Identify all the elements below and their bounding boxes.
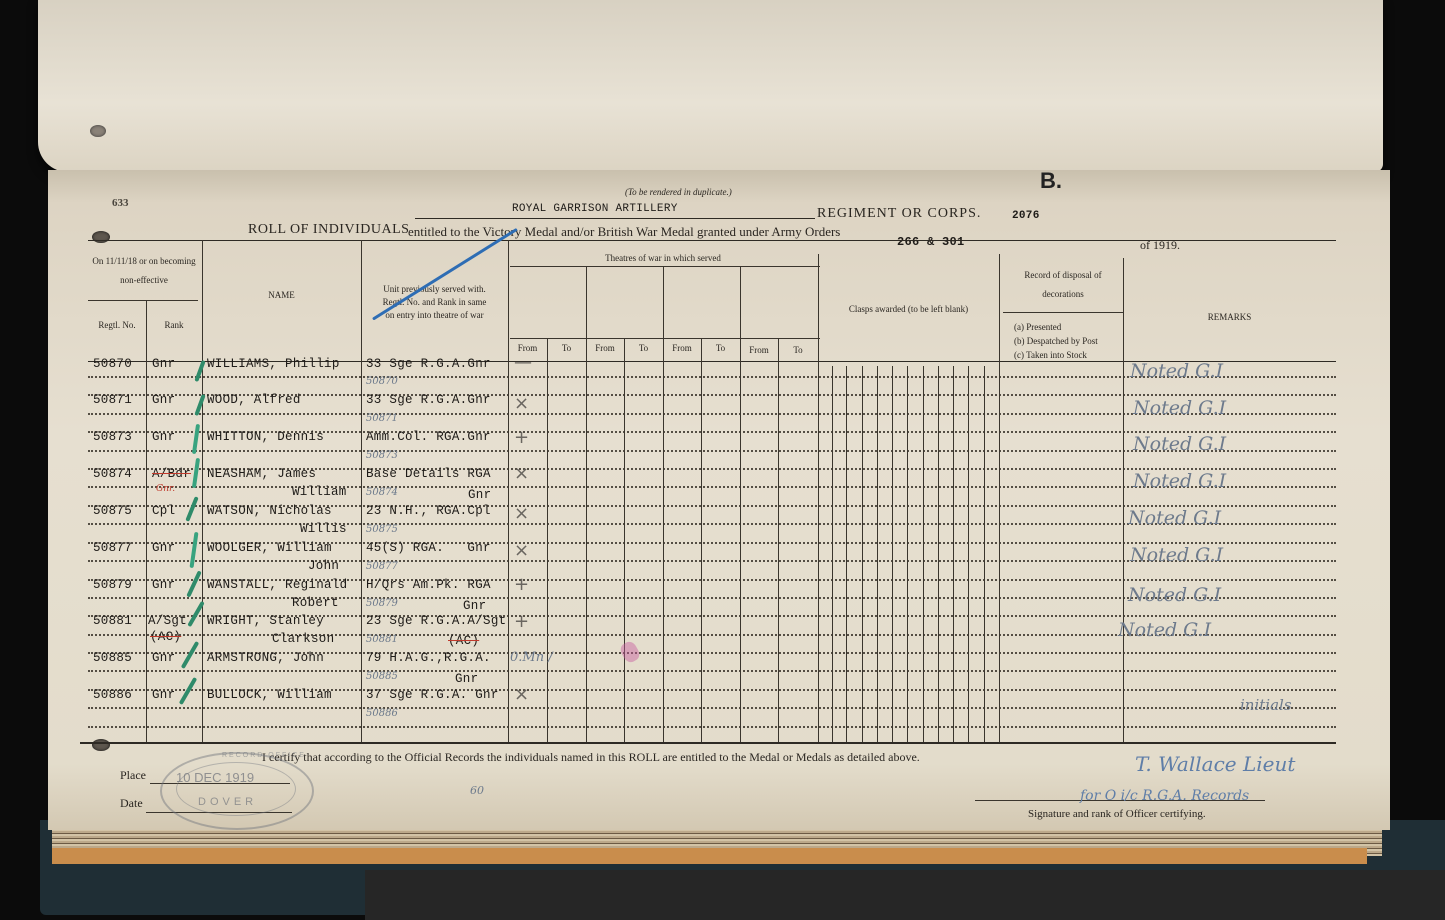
name: WOOD, Alfred [207, 393, 301, 407]
table-surface [365, 870, 1445, 920]
header-disposal-2: decorations [1003, 289, 1123, 299]
theatre-mark: × [514, 463, 529, 484]
header-disposal-c: (c) Taken into Stock [1014, 350, 1087, 360]
rank: Cpl [152, 504, 175, 518]
page-number: 633 [112, 197, 129, 209]
unit-number-handwritten: 50886 [366, 708, 398, 719]
rank: Gnr [152, 688, 175, 702]
name: WILLIAMS, Phillip [207, 357, 340, 371]
header-to-3: To [701, 343, 740, 353]
theatre-mark: + [514, 611, 529, 632]
unit: 23 Sge R.G.A.A/Sgt [366, 614, 506, 628]
previous-page [38, 0, 1383, 172]
unit-number-handwritten: 50874 [366, 487, 398, 498]
rank: Gnr [152, 651, 175, 665]
regtl-no: 50879 [93, 578, 132, 592]
remarks: Noted G.I [1128, 507, 1221, 529]
header-disposal-a: (a) Presented [1014, 322, 1061, 332]
remarks: initials [1240, 696, 1292, 714]
officer-rank-note: for O i/c R.G.A. Records [1080, 788, 1249, 804]
theatre-mark: × [514, 503, 529, 524]
unit: 37 Sge R.G.A. Gnr [366, 688, 499, 702]
regtl-no: 50885 [93, 651, 132, 665]
rank: Gnr [152, 357, 175, 371]
theatre-mark: × [514, 684, 529, 705]
unit-number-handwritten: 50870 [366, 376, 398, 387]
title-prefix: ROLL OF INDIVIDUALS [248, 222, 409, 238]
unit: 23 N.H., RGA.Cpl [366, 504, 491, 518]
remarks: Noted G.I [1133, 433, 1226, 455]
remarks: Noted G.I [1133, 397, 1226, 419]
unit: 33 Sge R.G.A.Gnr [366, 393, 491, 407]
date-label: Date [120, 796, 143, 811]
header-from-3: From [663, 343, 701, 353]
header-to-2: To [624, 343, 663, 353]
unit-number-handwritten: 50885 [366, 671, 398, 682]
header-date-group2: non-effective [88, 275, 200, 285]
unit: 33 Sge R.G.A.Gnr [366, 357, 491, 371]
theatre-mark: + [514, 427, 529, 448]
remarks: Noted G.I [1118, 619, 1211, 641]
army-orders: 266 & 301 [897, 235, 965, 249]
rank: Gnr [152, 393, 175, 407]
officer-signature: T. Wallace Lieut [1135, 752, 1295, 776]
header-unit-2: Regtl. No. and Rank in same [361, 297, 508, 307]
header-from-2: From [586, 343, 624, 353]
regtl-no: 50873 [93, 430, 132, 444]
name: WATSON, Nicholas [207, 504, 332, 518]
name-continued: Willis [300, 522, 347, 536]
name: WOOLGER, William [207, 541, 332, 555]
unit-number-handwritten: 50871 [366, 413, 398, 424]
unit: H/Qrs Am.Pk. RGA [366, 578, 491, 592]
binding-hole-icon [90, 125, 106, 137]
name: WHITTON, Dennis [207, 430, 324, 444]
name-continued: Robert [292, 596, 339, 610]
title-text: entitled to the Victory Medal and/or Bri… [408, 224, 840, 240]
unit-rank: Gnr [463, 599, 486, 613]
header-regtl-no: Regtl. No. [88, 320, 146, 330]
theatre-mark: 0.Mn / [510, 650, 553, 665]
name: ARMSTRONG, John [207, 651, 324, 665]
unit-rank: Gnr [468, 488, 491, 502]
unit-number-handwritten: 50875 [366, 524, 398, 535]
duplicate-note: (To be rendered in duplicate.) [625, 187, 732, 197]
rank: A/Sgt [148, 614, 187, 628]
binding-hole-icon [92, 739, 110, 751]
unit-number-handwritten: 50877 [366, 561, 398, 572]
unit-number-handwritten: 50879 [366, 598, 398, 609]
header-rank: Rank [146, 320, 202, 330]
regtl-no: 50871 [93, 393, 132, 407]
header-disposal-b: (b) Despatched by Post [1014, 336, 1098, 346]
binding-hole-icon [92, 231, 110, 243]
place-label: Place [120, 768, 146, 783]
regtl-no: 50877 [93, 541, 132, 555]
regtl-no: 50874 [93, 467, 132, 481]
unit: 79 H.A.G.,R.G.A. [366, 651, 491, 665]
rank: Gnr [152, 578, 175, 592]
regiment-name: ROYAL GARRISON ARTILLERY [512, 203, 678, 215]
signature-caption: Signature and rank of Officer certifying… [1028, 808, 1206, 820]
rank-note: (AC) [150, 630, 181, 644]
regtl-no: 50870 [93, 357, 132, 371]
page-stack-bottom [52, 848, 1367, 864]
stamp-arc-text: RECORD OFFICE [222, 752, 306, 759]
rank: Gnr [152, 430, 175, 444]
name-continued: John [308, 559, 339, 573]
name: WANSTALL, Reginald [207, 578, 347, 592]
remarks: Noted G.I [1133, 470, 1226, 492]
roll-number: 2076 [1012, 210, 1040, 222]
header-name: NAME [202, 290, 361, 300]
unit-rank-note: (AC) [448, 634, 479, 648]
theatre-mark: × [514, 393, 529, 414]
name: NEASHAM, James [207, 467, 316, 481]
certification-text: I certify that according to the Official… [262, 750, 920, 765]
header-to-1: To [547, 343, 586, 353]
margin-note: 60 [470, 784, 484, 797]
rank: Gnr [152, 541, 175, 555]
regiment-label: REGIMENT OR CORPS. [817, 206, 981, 222]
name: BULLOCK, William [207, 688, 332, 702]
regtl-no: 50886 [93, 688, 132, 702]
name: WRIGHT, Stanley [207, 614, 324, 628]
theatre-mark: + [514, 574, 529, 595]
regtl-no: 50875 [93, 504, 132, 518]
rank: A/Bdr [152, 467, 191, 481]
roll-page [48, 170, 1390, 830]
unit-rank: Gnr [455, 672, 478, 686]
header-date-group: On 11/11/18 or on becoming [88, 256, 200, 266]
unit: Base Details RGA [366, 467, 491, 481]
name-continued: William [292, 485, 347, 499]
remarks: Noted G.I [1128, 584, 1221, 606]
header-remarks: REMARKS [1123, 312, 1336, 322]
stamp-place: DOVER [198, 796, 257, 808]
header-to-4: To [778, 345, 818, 355]
header-theatres: Theatres of war in which served [508, 253, 818, 263]
unit-number-handwritten: 50873 [366, 450, 398, 461]
stamp-date: 10 DEC 1919 [176, 770, 254, 785]
remarks: Noted G.I [1130, 360, 1223, 382]
header-unit-1: Unit previously served with. [361, 284, 508, 294]
form-letter: B. [1040, 168, 1062, 194]
unit: 45(S) RGA. Gnr [366, 541, 491, 555]
theatre-mark: × [514, 540, 529, 561]
regtl-no: 50881 [93, 614, 132, 628]
header-disposal-1: Record of disposal of [1003, 270, 1123, 280]
unit-number-handwritten: 50881 [366, 634, 398, 645]
remarks: Noted G.I [1130, 544, 1223, 566]
header-clasps: Clasps awarded (to be left blank) [818, 304, 999, 314]
rank-correction: Gnr. [156, 484, 175, 494]
name-continued: Clarkson [272, 632, 334, 646]
unit: Amm.Col. RGA.Gnr [366, 430, 491, 444]
header-from-4: From [740, 345, 778, 355]
theatre-mark: — [514, 352, 532, 373]
